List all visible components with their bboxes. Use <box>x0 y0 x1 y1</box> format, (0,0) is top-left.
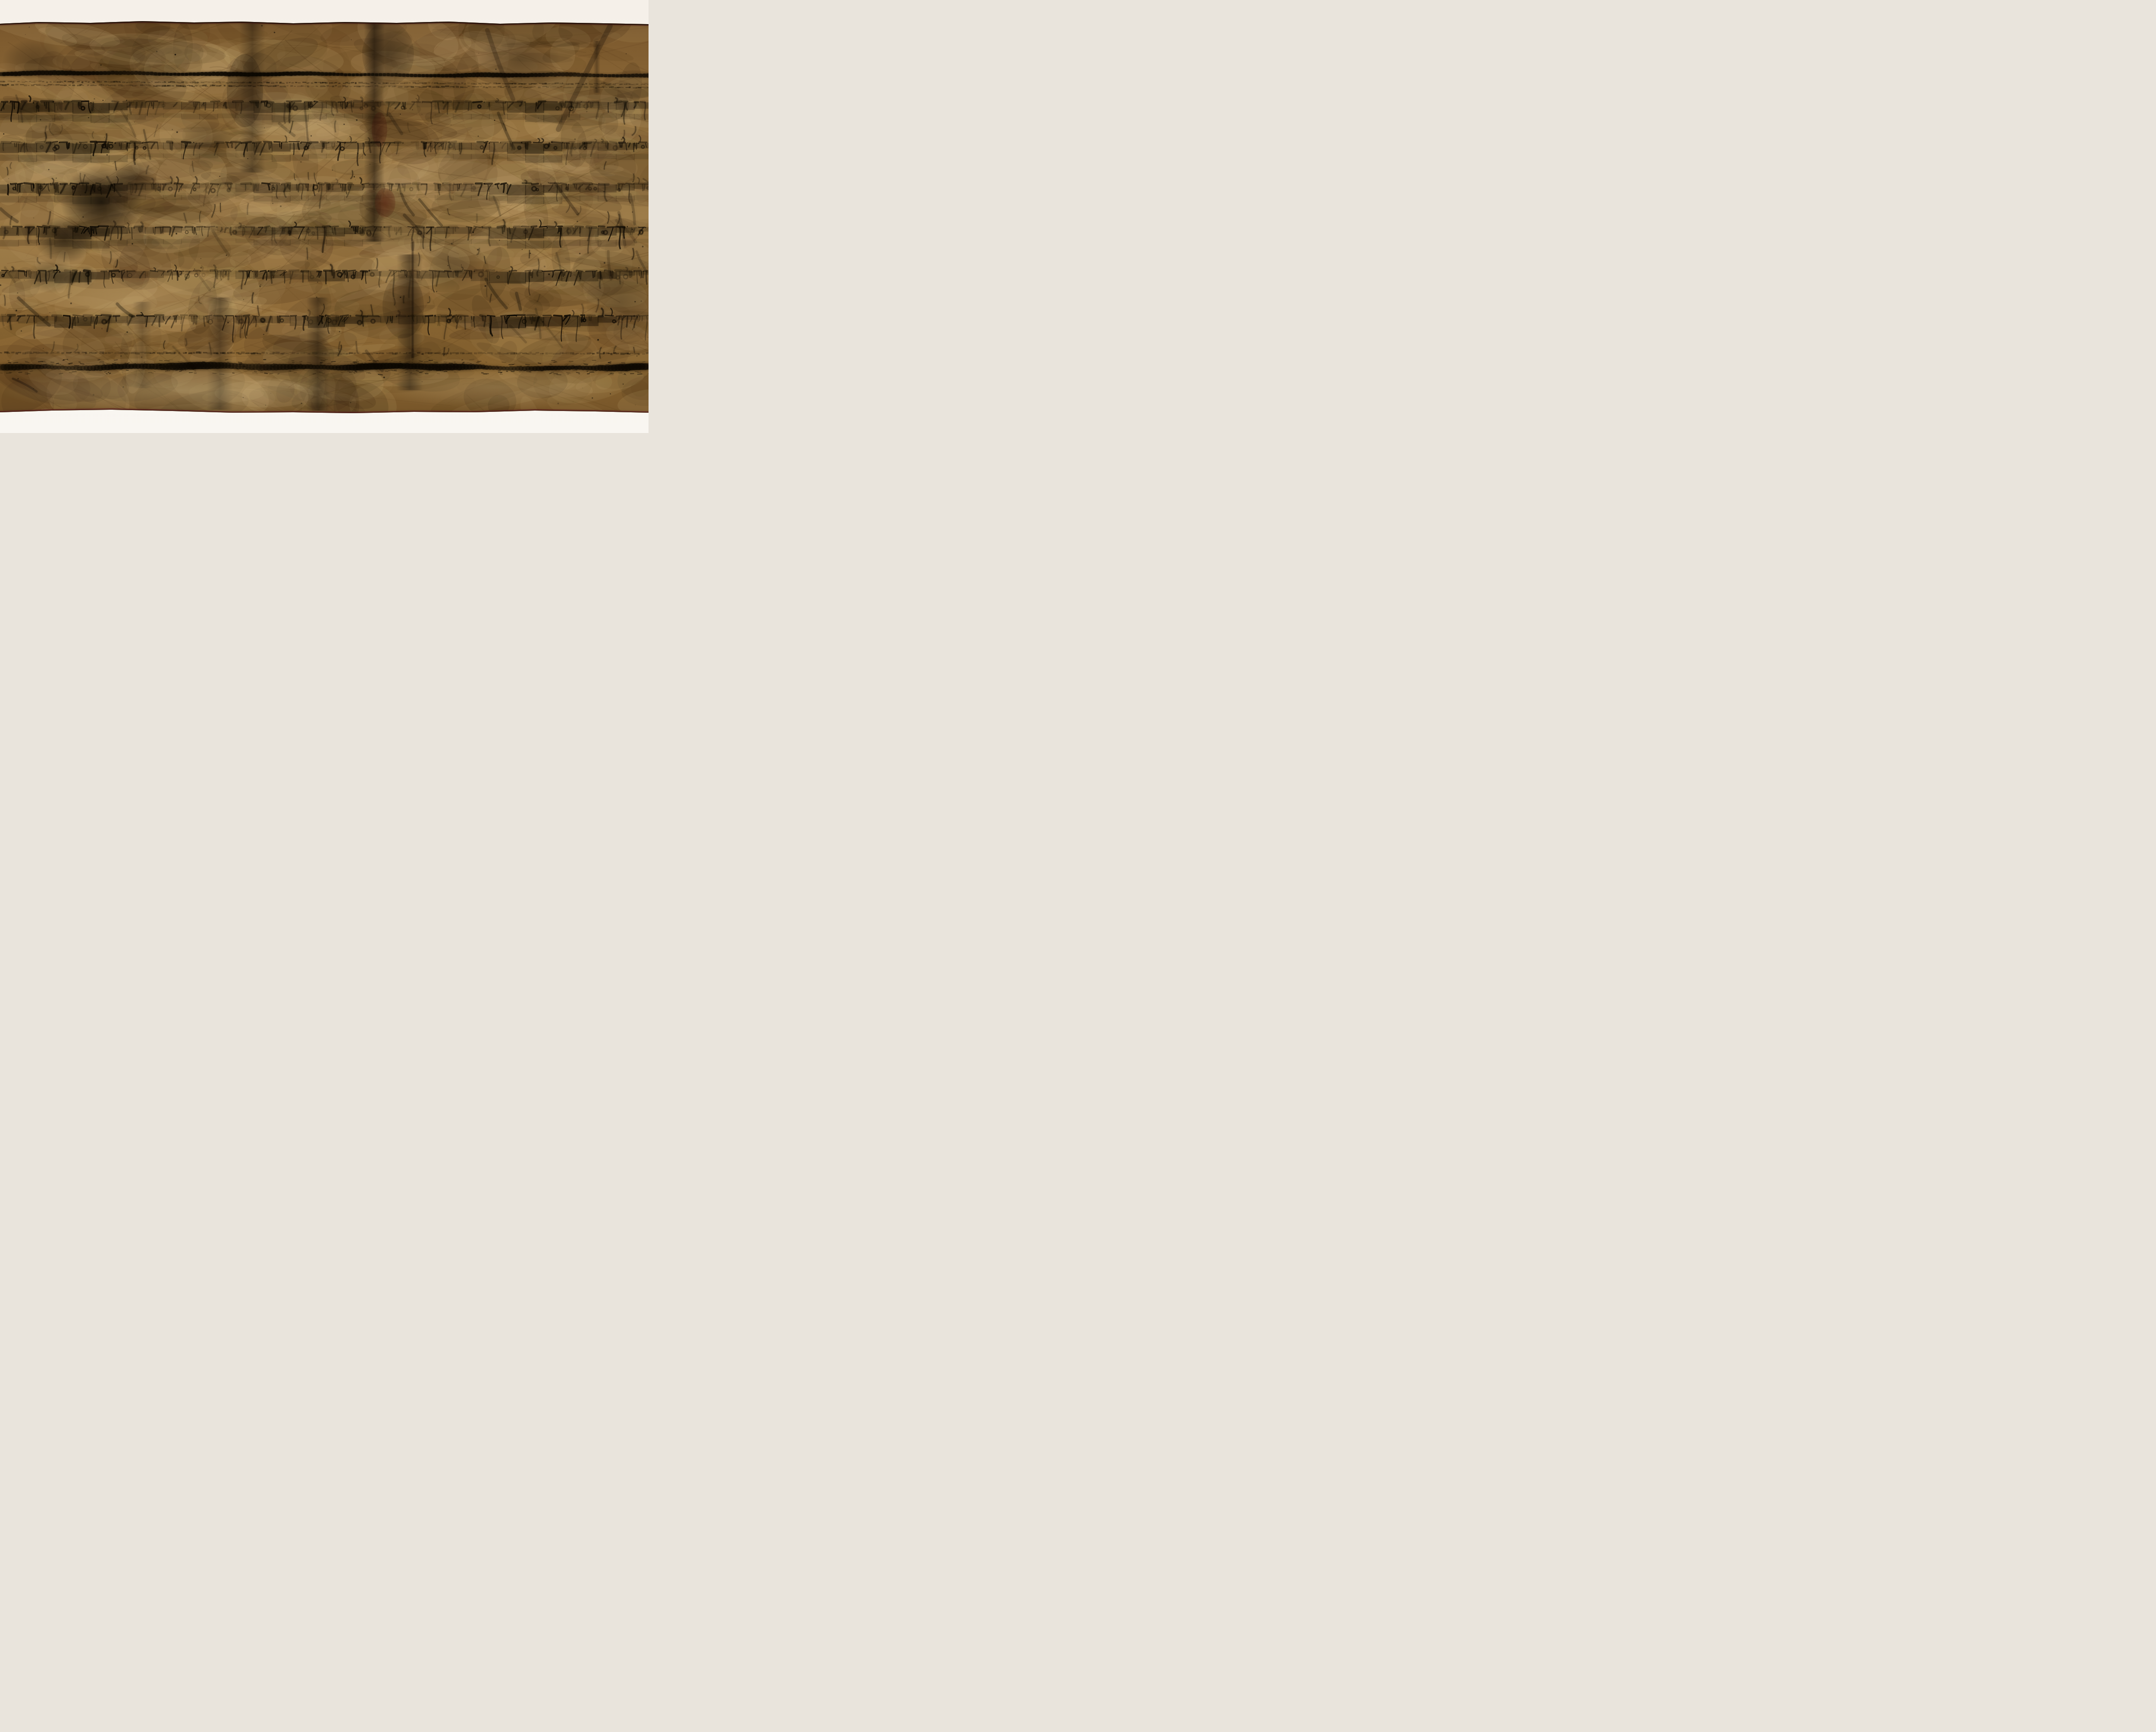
manuscript-render-canvas <box>0 0 649 433</box>
photo-of-manuscript <box>0 0 649 433</box>
manuscript-leaf <box>0 0 649 433</box>
